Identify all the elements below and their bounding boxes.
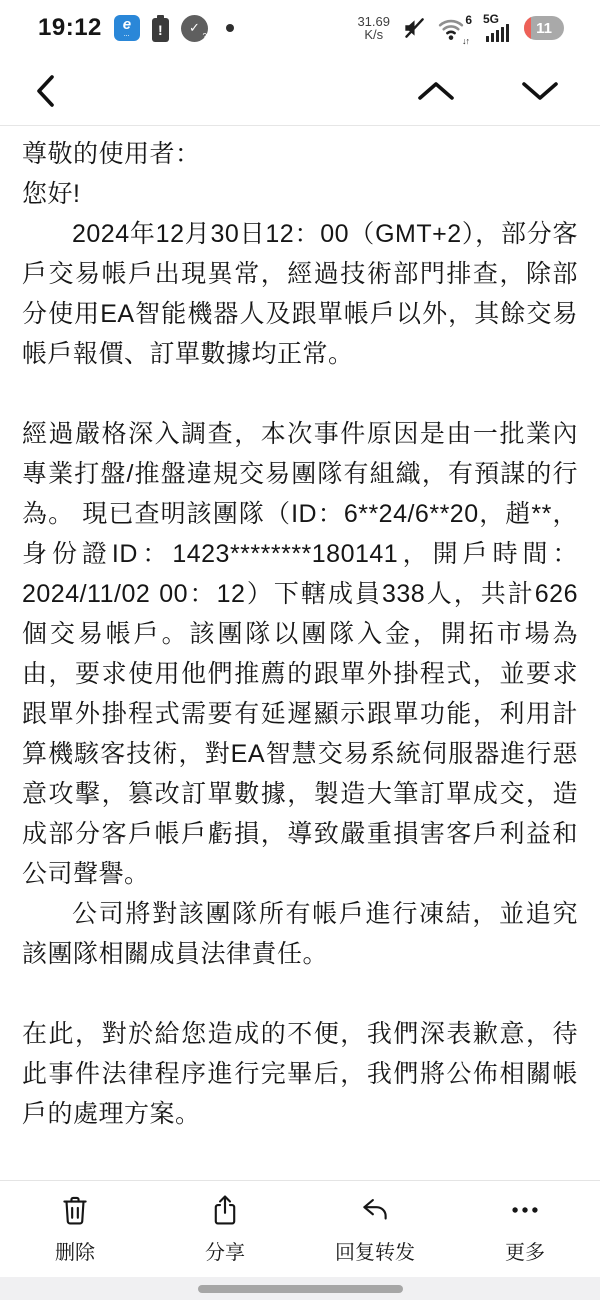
delete-label: 删除 <box>55 1236 95 1265</box>
network-speed-unit: K/s <box>364 27 383 42</box>
wifi-arrows: ↓↑ <box>462 36 469 46</box>
paragraph-investigation: 經過嚴格深入調查，本次事件原因是由一批業內專業打盤/推盤違規交易團隊有組織，有預… <box>22 414 578 894</box>
clock-time: 19:12 <box>38 14 102 42</box>
clock-check-icon: ✓ ? <box>181 15 208 42</box>
battery-indicator: 11 <box>524 16 564 40</box>
previous-message-button[interactable] <box>410 74 462 108</box>
chevron-left-icon <box>30 71 62 111</box>
paragraph-apology: 在此，對於給您造成的不便，我們深表歉意，待此事件法律程序進行完畢后，我們將公佈相… <box>22 1014 578 1134</box>
nav-right <box>410 74 566 108</box>
battery-alert-icon: ! <box>152 15 169 42</box>
battery-alert-symbol: ! <box>152 18 169 42</box>
bottom-toolbar: 删除 分享 回复转发 <box>0 1180 600 1277</box>
trash-icon <box>58 1193 92 1227</box>
signal-bars <box>486 24 509 42</box>
more-button[interactable]: 更多 <box>450 1181 600 1277</box>
chevron-down-icon <box>518 78 562 104</box>
share-button[interactable]: 分享 <box>150 1181 300 1277</box>
message-body[interactable]: 尊敬的使用者： 您好! 2024年12月30日12：00（GMT+2），部分客戶… <box>0 126 600 1180</box>
next-message-button[interactable] <box>514 74 566 108</box>
more-icon <box>508 1193 542 1227</box>
app-badge-letter: e <box>123 18 131 32</box>
notification-dot-icon <box>226 24 234 32</box>
status-bar: 19:12 e ... ! ✓ ? 31.69 K/s <box>0 0 600 56</box>
paragraph-incident: 2024年12月30日12：00（GMT+2），部分客戶交易帳戶出現異常，經過技… <box>22 214 578 374</box>
home-indicator[interactable] <box>198 1285 403 1293</box>
greeting: 您好! <box>22 174 578 214</box>
nav-bar <box>0 56 600 126</box>
question-glyph: ? <box>202 32 206 41</box>
battery-level-fill <box>524 16 531 40</box>
mute-icon <box>401 15 427 41</box>
status-right: 31.69 K/s 6 ↓↑ 5G <box>357 12 564 44</box>
more-label: 更多 <box>505 1236 545 1265</box>
reply-icon <box>357 1193 393 1227</box>
phone-screen: 19:12 e ... ! ✓ ? 31.69 K/s <box>0 0 600 1300</box>
back-button[interactable] <box>26 67 66 115</box>
salutation: 尊敬的使用者： <box>22 134 578 174</box>
app-badge-subtext: ... <box>124 32 130 38</box>
share-label: 分享 <box>205 1236 245 1265</box>
cellular-signal-icon: 5G <box>483 12 513 44</box>
paragraph-freeze: 公司將對該團隊所有帳戶進行凍結，並追究該團隊相關成員法律責任。 <box>22 894 578 974</box>
share-icon <box>208 1193 242 1227</box>
delete-button[interactable]: 删除 <box>0 1181 150 1277</box>
check-glyph: ✓ <box>189 20 200 36</box>
chevron-up-icon <box>414 78 458 104</box>
home-strip <box>0 1277 600 1300</box>
network-speed: 31.69 K/s <box>357 15 390 41</box>
wifi-icon: 6 ↓↑ <box>438 13 472 43</box>
status-left: 19:12 e ... ! ✓ ? <box>38 14 234 42</box>
wifi-number: 6 <box>465 13 472 27</box>
battery-percent: 11 <box>536 20 552 37</box>
app-notification-icon: e ... <box>114 15 140 41</box>
reply-forward-button[interactable]: 回复转发 <box>300 1181 450 1277</box>
reply-forward-label: 回复转发 <box>335 1236 415 1265</box>
